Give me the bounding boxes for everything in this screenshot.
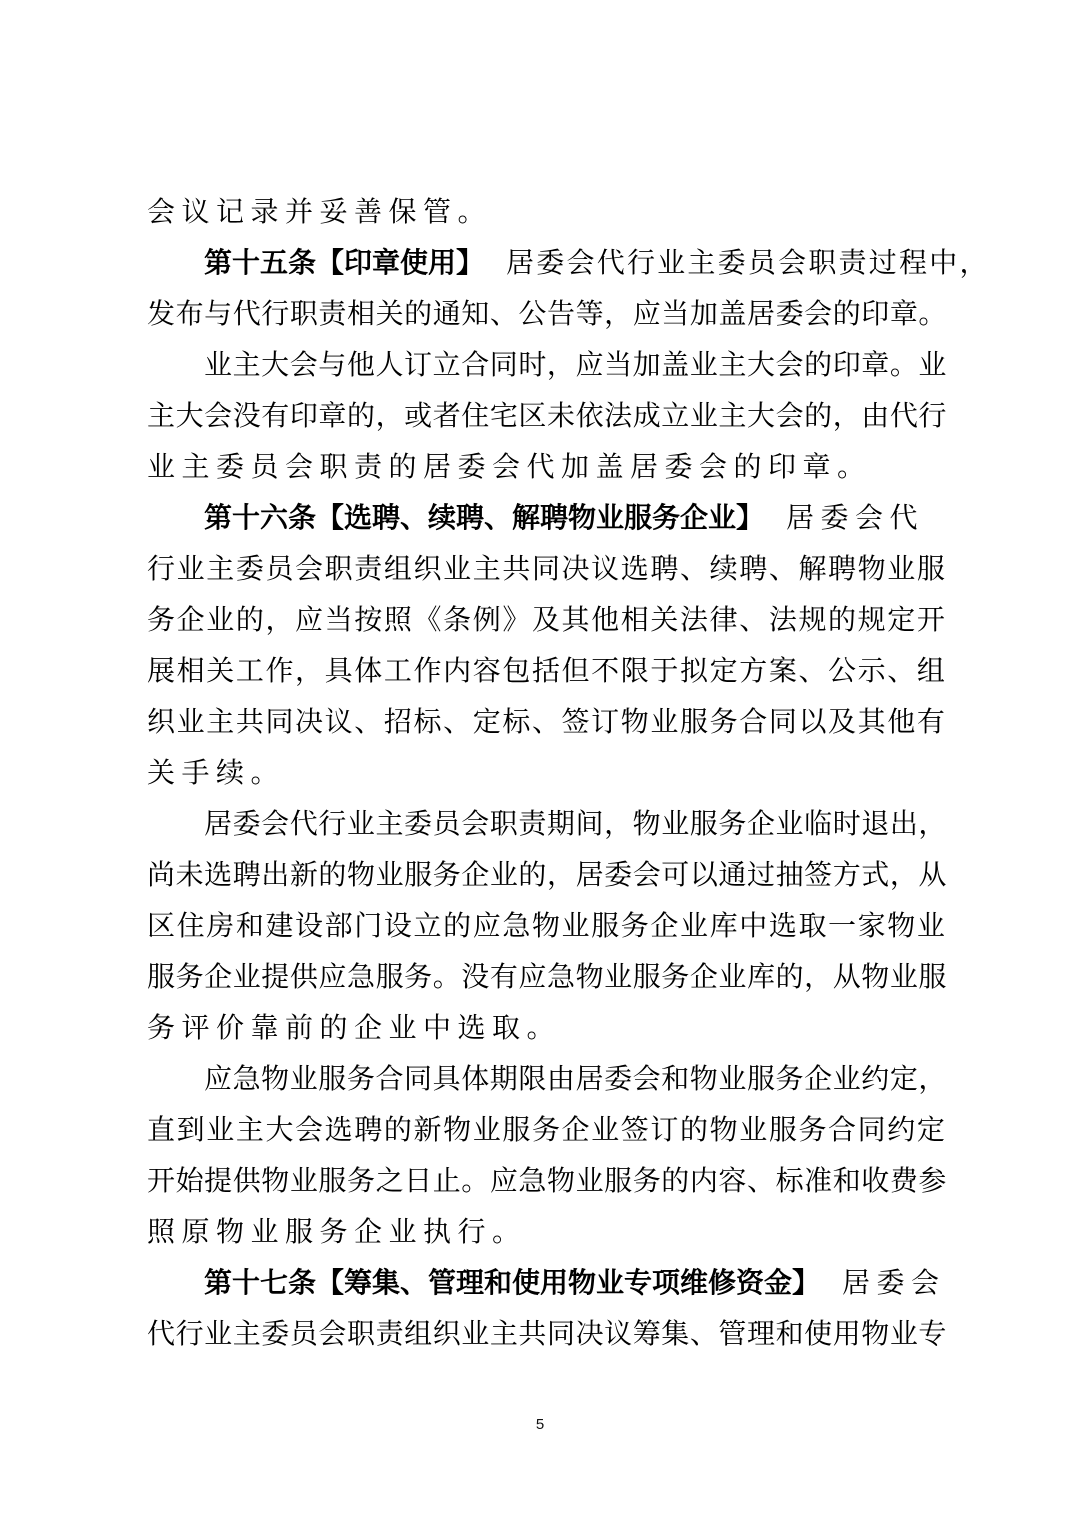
text-line: 尚未选聘出新的物业服务企业的，居委会可以通过抽签方式，从 <box>147 849 947 900</box>
line-text: 业主委员会职责的居委会代加盖居委会的印章。 <box>147 450 872 483</box>
line-text: 发布与代行职责相关的通知、公告等，应当加盖居委会的印章。 <box>147 297 947 330</box>
text-line: 服务企业提供应急服务。没有应急物业服务企业库的，从物业服 <box>147 951 947 1002</box>
text-line: 务评价靠前的企业中选取。 <box>147 1002 947 1053</box>
text-line: 发布与代行职责相关的通知、公告等，应当加盖居委会的印章。 <box>147 288 947 339</box>
line-text: 照原物业服务企业执行。 <box>147 1215 527 1248</box>
text-line: 务企业的，应当按照《条例》及其他相关法律、法规的规定开 <box>147 594 947 645</box>
text-line: 开始提供物业服务之日止。应急物业服务的内容、标准和收费参 <box>147 1155 947 1206</box>
article-heading-line: 第十五条【印章使用】居委会代行业主委员会职责过程中， <box>147 237 947 288</box>
line-text: 开始提供物业服务之日止。应急物业服务的内容、标准和收费参 <box>147 1164 947 1197</box>
text-line: 直到业主大会选聘的新物业服务企业签订的物业服务合同约定 <box>147 1104 947 1155</box>
text-line: 照原物业服务企业执行。 <box>147 1206 947 1257</box>
line-text: 居委会代行业主委员会职责过程中， <box>506 246 990 279</box>
line-text: 务企业的，应当按照《条例》及其他相关法律、法规的规定开 <box>147 603 947 636</box>
text-line: 行业主委员会职责组织业主共同决议选聘、续聘、解聘物业服 <box>147 543 947 594</box>
article-title: 第十五条【印章使用】 <box>204 246 484 279</box>
document-body: 会议记录并妥善保管。第十五条【印章使用】居委会代行业主委员会职责过程中，发布与代… <box>147 186 947 1359</box>
text-line: 织业主共同决议、招标、定标、签订物业服务合同以及其他有 <box>147 696 947 747</box>
line-text: 业主大会与他人订立合同时，应当加盖业主大会的印章。业 <box>204 348 947 381</box>
article-title: 第十七条【筹集、管理和使用物业专项维修资金】 <box>204 1266 820 1299</box>
page-number: 5 <box>0 1416 1080 1433</box>
article-heading-line: 第十六条【选聘、续聘、解聘物业服务企业】居委会代 <box>147 492 947 543</box>
text-line: 主大会没有印章的，或者住宅区未依法成立业主大会的，由代行 <box>147 390 947 441</box>
line-text: 代行业主委员会职责组织业主共同决议筹集、管理和使用物业专 <box>147 1317 947 1350</box>
document-page: 会议记录并妥善保管。第十五条【印章使用】居委会代行业主委员会职责过程中，发布与代… <box>0 0 1080 1528</box>
text-line: 关手续。 <box>147 747 947 798</box>
text-line: 展相关工作，具体工作内容包括但不限于拟定方案、公示、组 <box>147 645 947 696</box>
line-text: 居委会 <box>842 1266 946 1299</box>
line-text: 展相关工作，具体工作内容包括但不限于拟定方案、公示、组 <box>147 654 947 687</box>
text-line: 业主大会与他人订立合同时，应当加盖业主大会的印章。业 <box>147 339 947 390</box>
line-text: 务评价靠前的企业中选取。 <box>147 1011 561 1044</box>
line-text: 主大会没有印章的，或者住宅区未依法成立业主大会的，由代行 <box>147 399 947 432</box>
line-text: 尚未选聘出新的物业服务企业的，居委会可以通过抽签方式，从 <box>147 858 947 891</box>
article-title: 第十六条【选聘、续聘、解聘物业服务企业】 <box>204 501 764 534</box>
text-line: 居委会代行业主委员会职责期间，物业服务企业临时退出， <box>147 798 947 849</box>
line-text: 居委会代行业主委员会职责期间，物业服务企业临时退出， <box>204 807 947 840</box>
text-line: 业主委员会职责的居委会代加盖居委会的印章。 <box>147 441 947 492</box>
line-text: 织业主共同决议、招标、定标、签订物业服务合同以及其他有 <box>147 705 947 738</box>
line-text: 居委会代 <box>786 501 924 534</box>
text-line: 应急物业服务合同具体期限由居委会和物业服务企业约定， <box>147 1053 947 1104</box>
line-text: 关手续。 <box>147 756 285 789</box>
line-text: 服务企业提供应急服务。没有应急物业服务企业库的，从物业服 <box>147 960 947 993</box>
text-line: 区住房和建设部门设立的应急物业服务企业库中选取一家物业 <box>147 900 947 951</box>
line-text: 应急物业服务合同具体期限由居委会和物业服务企业约定， <box>204 1062 947 1095</box>
line-text: 区住房和建设部门设立的应急物业服务企业库中选取一家物业 <box>147 909 947 942</box>
text-line: 代行业主委员会职责组织业主共同决议筹集、管理和使用物业专 <box>147 1308 947 1359</box>
article-heading-line: 第十七条【筹集、管理和使用物业专项维修资金】居委会 <box>147 1257 947 1308</box>
line-text: 行业主委员会职责组织业主共同决议选聘、续聘、解聘物业服 <box>147 552 947 585</box>
text-line: 会议记录并妥善保管。 <box>147 186 947 237</box>
line-text: 直到业主大会选聘的新物业服务企业签订的物业服务合同约定 <box>147 1113 947 1146</box>
line-text: 会议记录并妥善保管。 <box>147 195 492 228</box>
